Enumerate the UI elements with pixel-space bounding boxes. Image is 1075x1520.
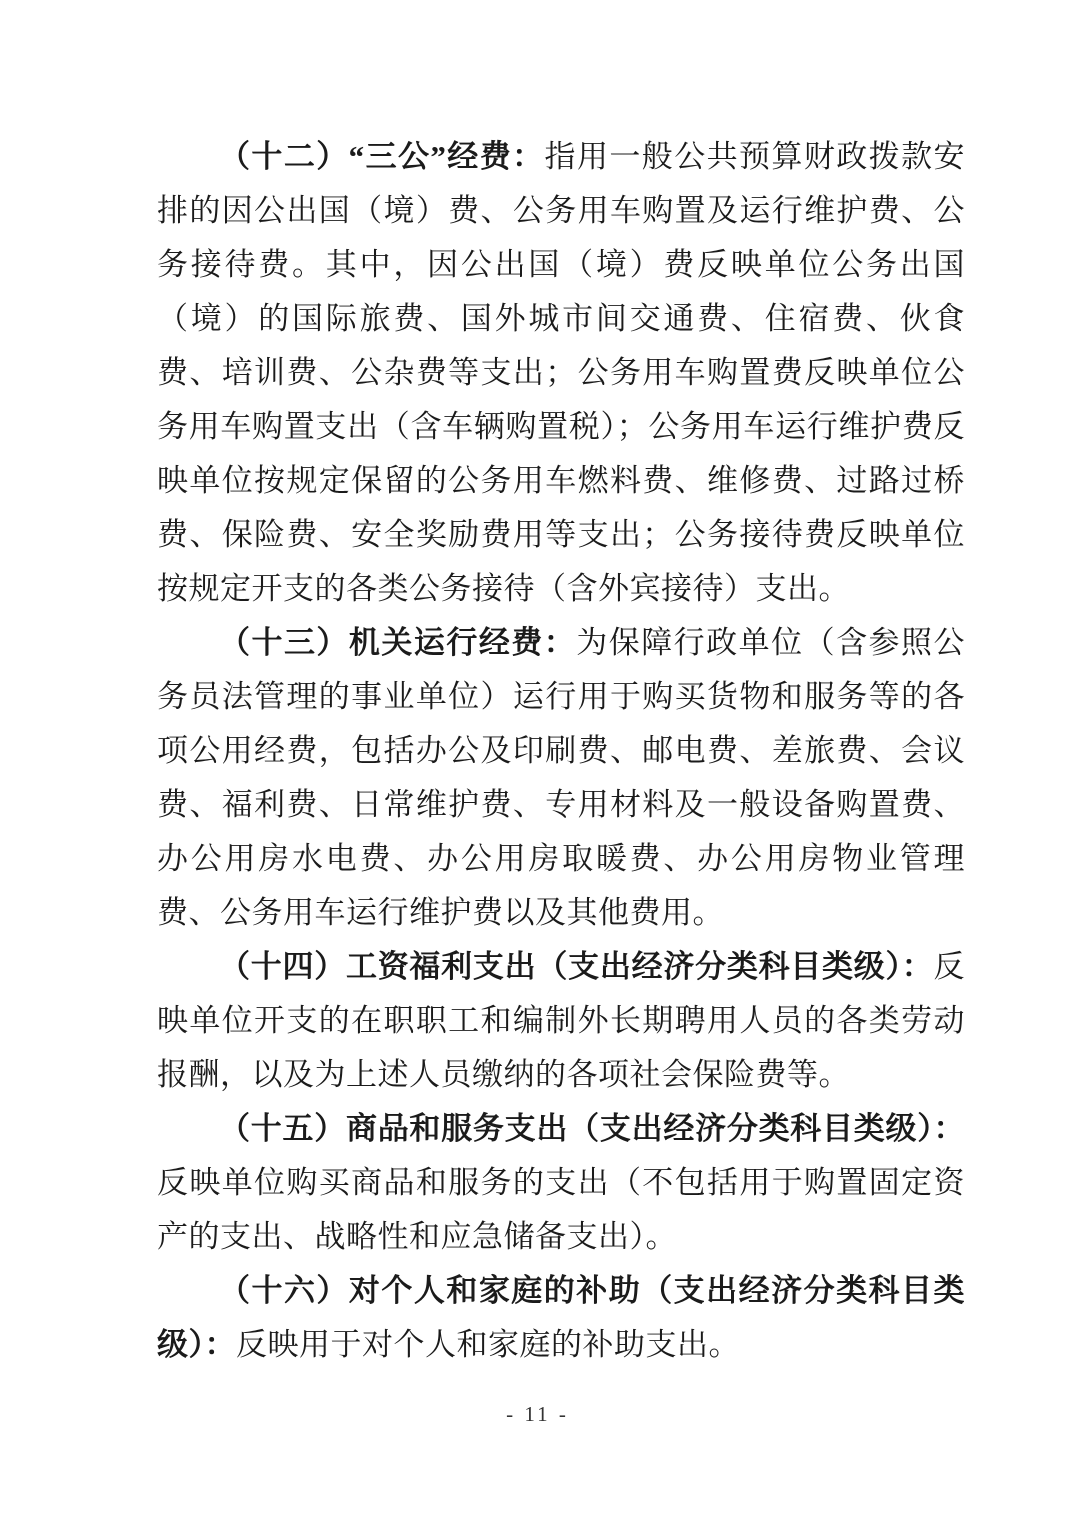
paragraph-15-goods-services-expenditure: （十五）商品和服务支出（支出经济分类科目类级）：反映单位购买商品和服务的支出（不… bbox=[157, 1102, 965, 1264]
paragraph-14-wages-welfare-expenditure: （十四）工资福利支出（支出经济分类科目类级）：反映单位开支的在职职工和编制外长期… bbox=[157, 940, 965, 1102]
paragraph-13-agency-operating-funds: （十三）机关运行经费：为保障行政单位（含参照公务员法管理的事业单位）运行用于购买… bbox=[157, 616, 965, 940]
paragraph-heading: （十四）工资福利支出（支出经济分类科目类级）： bbox=[219, 949, 934, 984]
paragraph-body: 指用一般公共预算财政拨款安排的因公出国（境）费、公务用车购置及运行维护费、公务接… bbox=[157, 139, 965, 606]
page-number: - 11 - bbox=[0, 1402, 1075, 1427]
paragraph-heading: （十三）机关运行经费： bbox=[219, 625, 576, 660]
paragraph-body: 反映单位购买商品和服务的支出（不包括用于购置固定资产的支出、战略性和应急储备支出… bbox=[157, 1165, 965, 1254]
paragraph-16-subsidies-individuals-families: （十六）对个人和家庭的补助（支出经济分类科目类级）：反映用于对个人和家庭的补助支… bbox=[157, 1264, 965, 1372]
paragraph-heading: （十五）商品和服务支出（支出经济分类科目类级）： bbox=[219, 1111, 965, 1146]
document-body: （十二）“三公”经费：指用一般公共预算财政拨款安排的因公出国（境）费、公务用车购… bbox=[157, 130, 965, 1372]
paragraph-heading: （十二）“三公”经费： bbox=[219, 139, 545, 174]
document-page: （十二）“三公”经费：指用一般公共预算财政拨款安排的因公出国（境）费、公务用车购… bbox=[0, 0, 1075, 1520]
paragraph-12-sangong-expenses: （十二）“三公”经费：指用一般公共预算财政拨款安排的因公出国（境）费、公务用车购… bbox=[157, 130, 965, 616]
paragraph-body: 为保障行政单位（含参照公务员法管理的事业单位）运行用于购买货物和服务等的各项公用… bbox=[157, 625, 965, 930]
paragraph-body: 反映用于对个人和家庭的补助支出。 bbox=[236, 1327, 740, 1362]
